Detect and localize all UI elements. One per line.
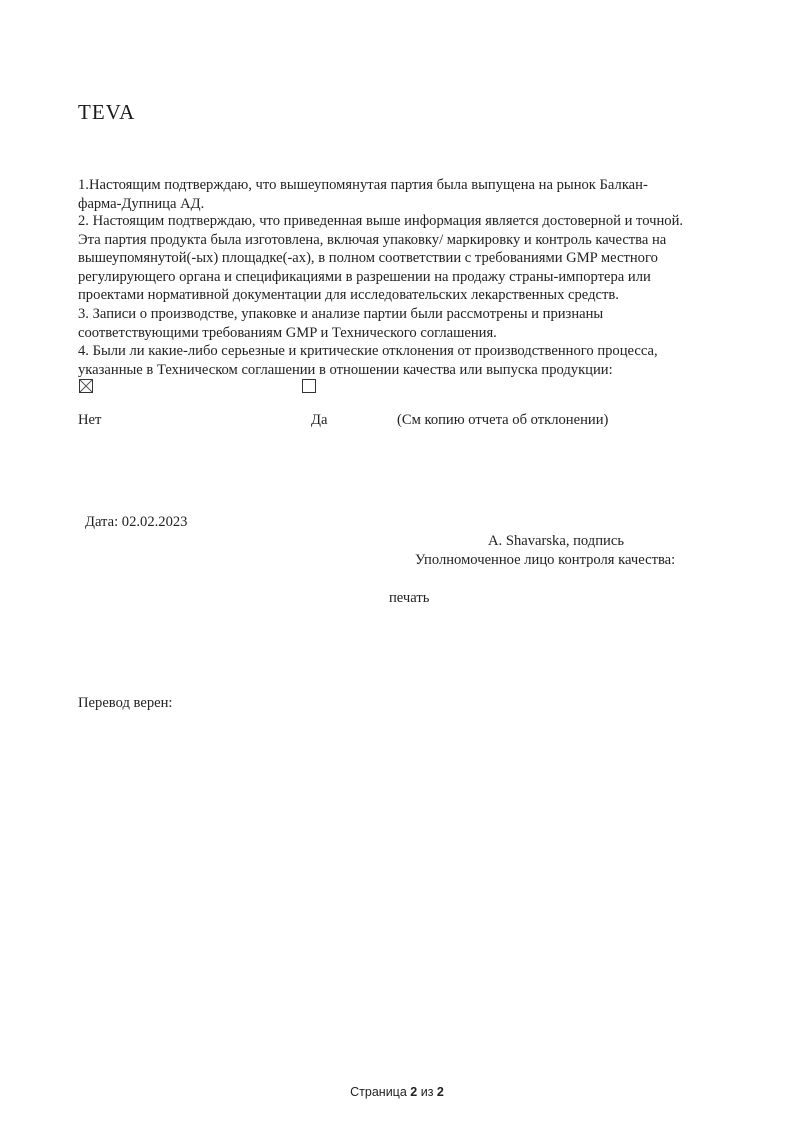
deviation-report-note: (См копию отчета об отклонении): [397, 412, 608, 429]
statement-2: 2. Настоящим подтверждаю, что приведенна…: [78, 212, 683, 305]
statement-line: 2. Настоящим подтверждаю, что приведенна…: [78, 212, 683, 231]
qa-role: Уполномоченное лицо контроля качества:: [415, 552, 675, 569]
date-field: Дата: 02.02.2023: [85, 514, 187, 531]
statement-4: 4. Были ли какие-либо серьезные и критич…: [78, 342, 658, 379]
statement-line: фарма-Дупница АД.: [78, 195, 648, 214]
statement-line: Эта партия продукта была изготовлена, вк…: [78, 231, 683, 250]
page-prefix: Страница: [350, 1085, 410, 1099]
translation-certified-label: Перевод верен:: [78, 695, 172, 712]
signer-name: A. Shavarska, подпись: [488, 533, 624, 550]
option-yes-label: Да: [311, 412, 327, 429]
page-total: 2: [437, 1085, 444, 1099]
statement-line: указанные в Техническом соглашении в отн…: [78, 361, 658, 380]
checkbox-no[interactable]: [79, 379, 93, 393]
statement-line: регулирующего органа и спецификациями в …: [78, 268, 683, 287]
page-footer: Страница 2 из 2: [0, 1085, 794, 1099]
statement-line: вышеупомянутой(-ых) площадке(-ах), в пол…: [78, 249, 683, 268]
statement-line: соответствующими требованиям GMP и Техни…: [78, 324, 603, 343]
stamp-label: печать: [389, 590, 429, 607]
option-no-label: Нет: [78, 412, 101, 429]
statement-line: 3. Записи о производстве, упаковке и ана…: [78, 305, 603, 324]
statement-line: 4. Были ли какие-либо серьезные и критич…: [78, 342, 658, 361]
checkbox-yes[interactable]: [302, 379, 316, 393]
teva-logo: TEVA: [78, 100, 135, 125]
statement-line: 1.Настоящим подтверждаю, что вышеупомяну…: [78, 176, 648, 195]
statement-line: проектами нормативной документации для и…: [78, 286, 683, 305]
page-middle: из: [417, 1085, 437, 1099]
checkmark-x-icon: [80, 380, 92, 392]
statement-1: 1.Настоящим подтверждаю, что вышеупомяну…: [78, 176, 648, 213]
statement-3: 3. Записи о производстве, упаковке и ана…: [78, 305, 603, 342]
